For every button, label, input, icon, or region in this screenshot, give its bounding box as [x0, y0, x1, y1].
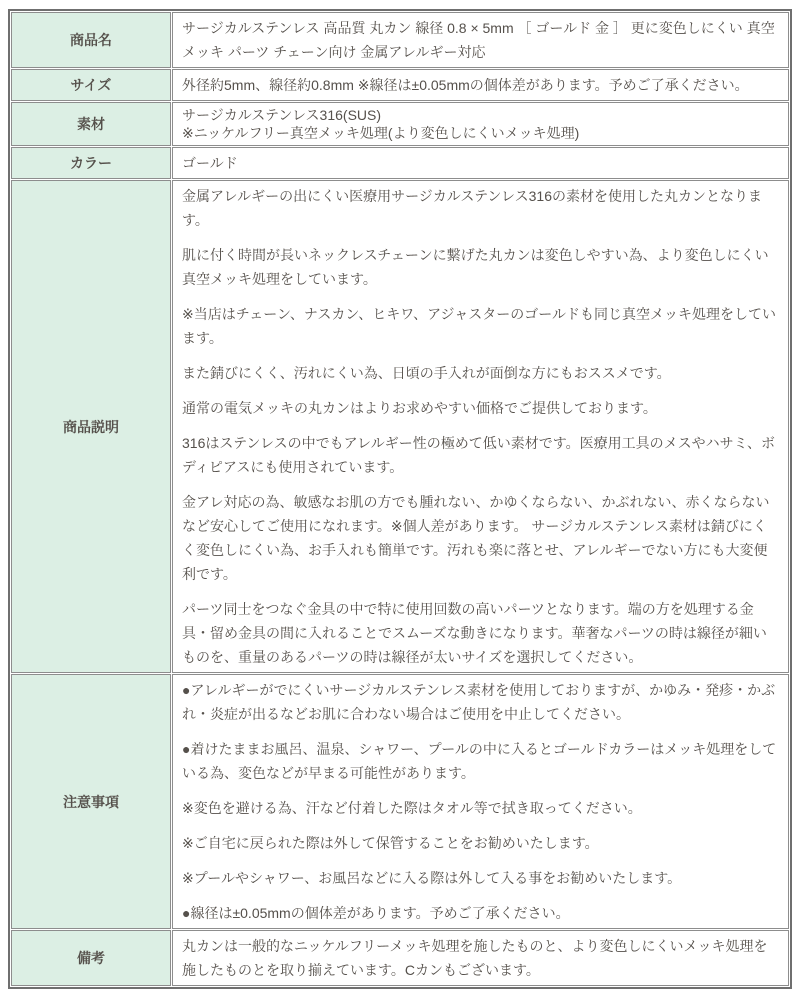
paragraph: また錆びにくく、汚れにくい為、日頃の手入れが面倒な方にもおススメです。	[182, 361, 779, 385]
table-row-size: サイズ 外径約5mm、線径約0.8mm ※線径は±0.05mmの個体差があります…	[11, 69, 789, 101]
row-label: サイズ	[11, 69, 171, 101]
table-row-notes: 備考 丸カンは一般的なニッケルフリーメッキ処理を施したものと、より変色しにくいメ…	[11, 930, 789, 986]
row-label: カラー	[11, 147, 171, 179]
paragraph: ※当店はチェーン、ナスカン、ヒキワ、アジャスターのゴールドも同じ真空メッキ処理を…	[182, 302, 779, 350]
paragraph: ●着けたままお風呂、温泉、シャワー、プールの中に入るとゴールドカラーはメッキ処理…	[182, 737, 779, 785]
row-content: ●アレルギーがでにくいサージカルステンレス素材を使用しておりますが、かゆみ・発疹…	[172, 674, 789, 929]
paragraph: ※プールやシャワー、お風呂などに入る際は外して入る事をお勧めいたします。	[182, 866, 779, 890]
row-label: 素材	[11, 102, 171, 146]
row-label: 商品名	[11, 12, 171, 68]
table-row-description: 商品説明 金属アレルギーの出にくい医療用サージカルステンレス316の素材を使用し…	[11, 180, 789, 673]
paragraph: ●アレルギーがでにくいサージカルステンレス素材を使用しておりますが、かゆみ・発疹…	[182, 678, 779, 726]
table-row-cautions: 注意事項 ●アレルギーがでにくいサージカルステンレス素材を使用しておりますが、か…	[11, 674, 789, 929]
row-content: 外径約5mm、線径約0.8mm ※線径は±0.05mmの個体差があります。予めご…	[172, 69, 789, 101]
paragraph: パーツ同士をつなぐ金具の中で特に使用回数の高いパーツとなります。端の方を処理する…	[182, 597, 779, 669]
paragraph: サージカルステンレス 高品質 丸カン 線径 0.8 × 5mm ［ ゴールド 金…	[182, 16, 779, 64]
product-spec-table-body: 商品名 サージカルステンレス 高品質 丸カン 線径 0.8 × 5mm ［ ゴー…	[11, 12, 789, 986]
paragraph: 金アレ対応の為、敏感なお肌の方でも腫れない、かゆくならない、かぶれない、赤くなら…	[182, 490, 779, 586]
paragraph: サージカルステンレス316(SUS)	[182, 106, 779, 124]
row-label: 商品説明	[11, 180, 171, 673]
row-label: 備考	[11, 930, 171, 986]
product-spec-table: 商品名 サージカルステンレス 高品質 丸カン 線径 0.8 × 5mm ［ ゴー…	[8, 9, 792, 989]
row-content: サージカルステンレス 高品質 丸カン 線径 0.8 × 5mm ［ ゴールド 金…	[172, 12, 789, 68]
row-content: 丸カンは一般的なニッケルフリーメッキ処理を施したものと、より変色しにくいメッキ処…	[172, 930, 789, 986]
table-row-product-name: 商品名 サージカルステンレス 高品質 丸カン 線径 0.8 × 5mm ［ ゴー…	[11, 12, 789, 68]
paragraph: 通常の電気メッキの丸カンはよりお求めやすい価格でご提供しております。	[182, 396, 779, 420]
paragraph: ※変色を避ける為、汗など付着した際はタオル等で拭き取ってください。	[182, 796, 779, 820]
paragraph: ※ご自宅に戻られた際は外して保管することをお勧めいたします。	[182, 831, 779, 855]
table-row-color: カラー ゴールド	[11, 147, 789, 179]
paragraph: 316はステンレスの中でもアレルギー性の極めて低い素材です。医療用工具のメスやハ…	[182, 431, 779, 479]
paragraph: ●線径は±0.05mmの個体差があります。予めご了承ください。	[182, 901, 779, 925]
paragraph: 外径約5mm、線径約0.8mm ※線径は±0.05mmの個体差があります。予めご…	[182, 73, 779, 97]
paragraph: 丸カンは一般的なニッケルフリーメッキ処理を施したものと、より変色しにくいメッキ処…	[182, 934, 779, 982]
row-content: サージカルステンレス316(SUS)※ニッケルフリー真空メッキ処理(より変色しに…	[172, 102, 789, 146]
paragraph: 金属アレルギーの出にくい医療用サージカルステンレス316の素材を使用した丸カンと…	[182, 184, 779, 232]
paragraph: ゴールド	[182, 151, 779, 175]
table-row-material: 素材 サージカルステンレス316(SUS)※ニッケルフリー真空メッキ処理(より変…	[11, 102, 789, 146]
row-label: 注意事項	[11, 674, 171, 929]
row-content: ゴールド	[172, 147, 789, 179]
page: 商品名 サージカルステンレス 高品質 丸カン 線径 0.8 × 5mm ［ ゴー…	[0, 0, 800, 998]
paragraph: 肌に付く時間が長いネックレスチェーンに繋げた丸カンは変色しやすい為、より変色しに…	[182, 243, 779, 291]
paragraph: ※ニッケルフリー真空メッキ処理(より変色しにくいメッキ処理)	[182, 124, 779, 142]
row-content: 金属アレルギーの出にくい医療用サージカルステンレス316の素材を使用した丸カンと…	[172, 180, 789, 673]
